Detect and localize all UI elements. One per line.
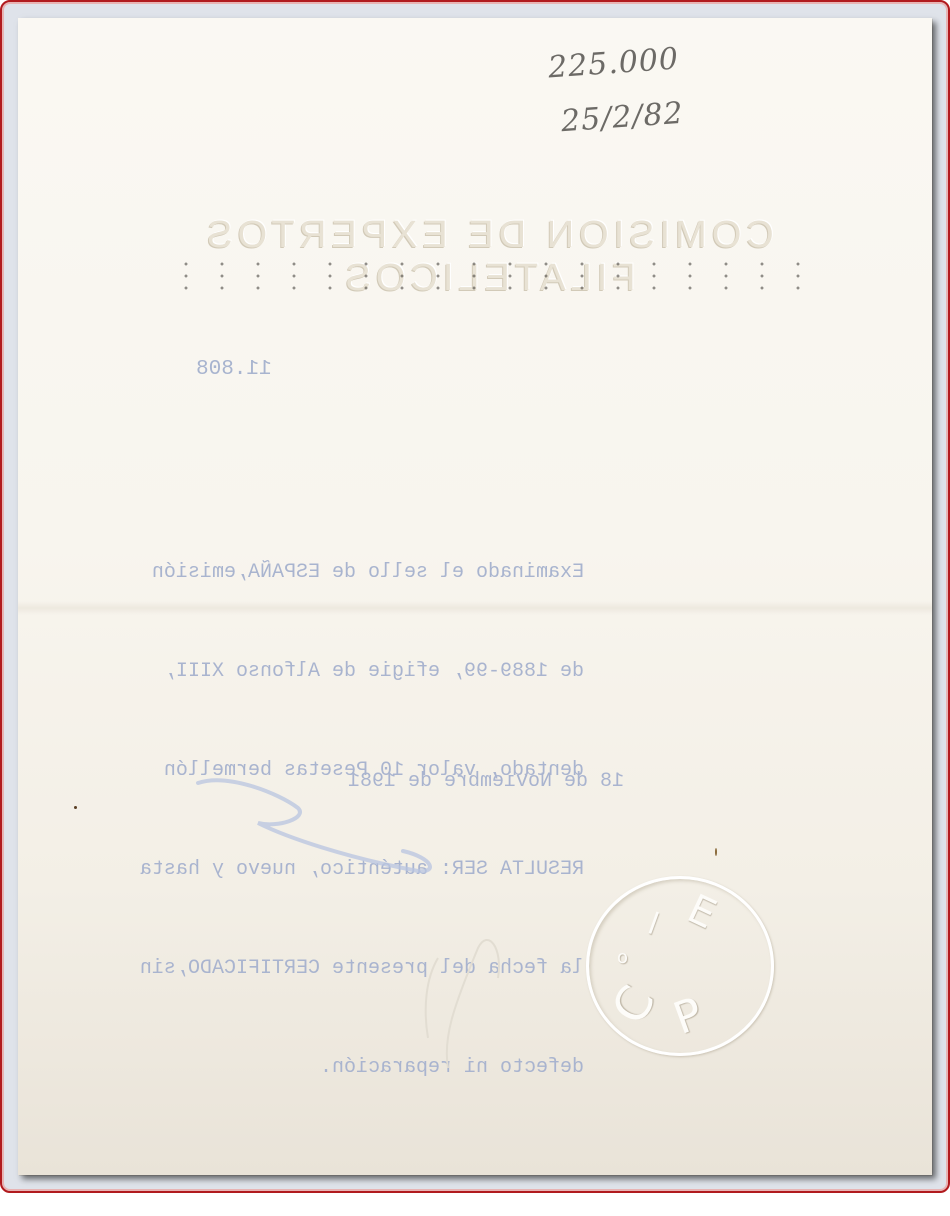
body-line: Examinado el sello de ESPAÑA,emisión — [44, 556, 584, 589]
heading-perforation-dots — [168, 258, 828, 298]
paper-speck — [74, 806, 77, 809]
pencil-price-note: 225.000 — [547, 41, 680, 85]
faint-pencil-scribble-icon — [408, 888, 518, 1088]
certificate-number-text: 11.808 — [196, 358, 272, 381]
body-line: de 1889-99, efigie de Alfonso XIII, — [44, 655, 584, 688]
signature-showthrough-icon — [188, 763, 448, 883]
certificate-number: 11.808 — [196, 358, 272, 381]
seal-glyph: l — [643, 907, 663, 943]
embossed-seal: E C P o l — [586, 876, 774, 1056]
pencil-date-note: 25/2/82 — [560, 96, 685, 139]
paper-speck — [715, 848, 717, 856]
seal-glyph: C — [601, 976, 666, 1033]
seal-glyph: P — [667, 988, 709, 1045]
seal-glyph: E — [680, 886, 722, 938]
seal-glyph: o — [617, 947, 628, 968]
certificate-sheet: 225.000 25/2/82 COMISION DE EXPERTOS FIL… — [18, 18, 932, 1175]
